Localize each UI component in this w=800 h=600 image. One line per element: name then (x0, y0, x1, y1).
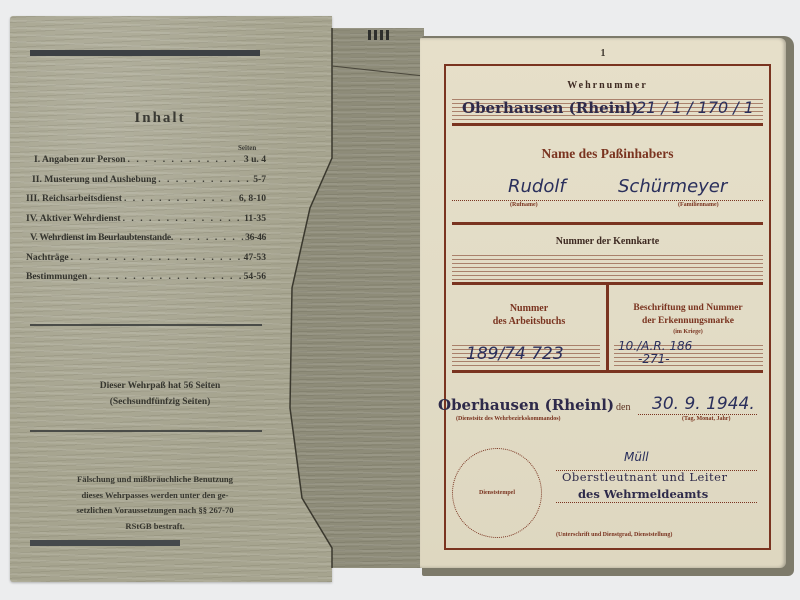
divider (452, 222, 763, 225)
name-line (452, 200, 763, 201)
toc-row: Nachträge47-53 (26, 252, 266, 272)
decorative-bar-bottom (30, 540, 180, 546)
issue-place-caption: (Dienstsitz des Wehrbezirkskommandos) (456, 416, 561, 422)
stamp-label: Dienststempel (452, 490, 542, 496)
holder-name-label: Name des Paßinhabers (446, 146, 769, 162)
first-name-caption: (Rufname) (510, 202, 538, 208)
passport-cover-inside: Inhalt Seiten I. Angaben zur Person3 u. … (10, 16, 332, 582)
id-tag-value: 10./A.R. 186 -271- (618, 340, 692, 366)
id-card-number-field (452, 252, 763, 280)
toc-row: I. Angaben zur Person3 u. 4 (26, 154, 266, 174)
form-frame: Wehrnummer Oberhausen (Rheinl) 21 / 1 / … (444, 64, 771, 550)
wehrnummer-value: 21 / 1 / 170 / 1 (636, 98, 754, 117)
last-name-caption: (Familienname) (678, 202, 719, 208)
id-card-number-label: Nummer der Kennkarte (446, 236, 769, 247)
work-book-number: 189/74 723 (466, 344, 564, 364)
last-name: Schürmeyer (618, 176, 727, 197)
work-book-label: Nummer des Arbeitsbuchs (452, 302, 606, 328)
issue-date: 30. 9. 1944. (652, 394, 755, 414)
divider (452, 123, 763, 126)
rank-line (556, 502, 757, 503)
rank-stamp-line1: Oberstleutnant und Leiter (562, 470, 727, 484)
toc-row: II. Musterung und Aushebung5-7 (26, 174, 266, 194)
signature: Müll (624, 450, 649, 464)
toc-row: V. Wehrdienst im Beurlaubtenstande36-46 (26, 232, 266, 252)
signature-caption: (Unterschrift und Dienstgrad, Dienststel… (556, 532, 672, 538)
id-tag-label: Beschriftung und Nummer der Erkennungsma… (608, 302, 768, 336)
first-name: Rudolf (508, 176, 566, 197)
issue-date-caption: (Tag, Monat, Jahr) (682, 416, 730, 422)
wehrnummer-label: Wehrnummer (446, 80, 769, 91)
divider (30, 430, 262, 432)
toc-row: Bestimmungen54-56 (26, 271, 266, 291)
toc-row: III. Reichsarbeitsdienst6, 8-10 (26, 193, 266, 213)
divider (452, 370, 763, 373)
passport-page-1: 1 Wehrnummer Oberhausen (Rheinl) 21 / 1 … (420, 38, 786, 568)
page-count-note: Dieser Wehrpaß hat 56 Seiten (Sechsundfü… (10, 378, 310, 410)
tab-marks (368, 30, 389, 40)
forgery-warning: Fälschung und mißbräuchliche Benutzung d… (30, 472, 280, 534)
decorative-bar-top (30, 50, 260, 56)
toc-row: IV. Aktiver Wehrdienst11-35 (26, 213, 266, 233)
divider (30, 324, 262, 326)
date-line (638, 414, 757, 415)
den-label: den (616, 402, 630, 413)
rank-stamp-line2: des Wehrmeldeamts (578, 487, 708, 501)
wehrnummer-place-stamp: Oberhausen (Rheinl) (462, 99, 638, 117)
table-of-contents: I. Angaben zur Person3 u. 4 II. Musterun… (26, 154, 266, 291)
issue-place-stamp: Oberhausen (Rheinl) (438, 396, 614, 414)
contents-title: Inhalt (10, 110, 310, 127)
pages-header: Seiten (238, 144, 256, 152)
page-number: 1 (420, 48, 786, 59)
